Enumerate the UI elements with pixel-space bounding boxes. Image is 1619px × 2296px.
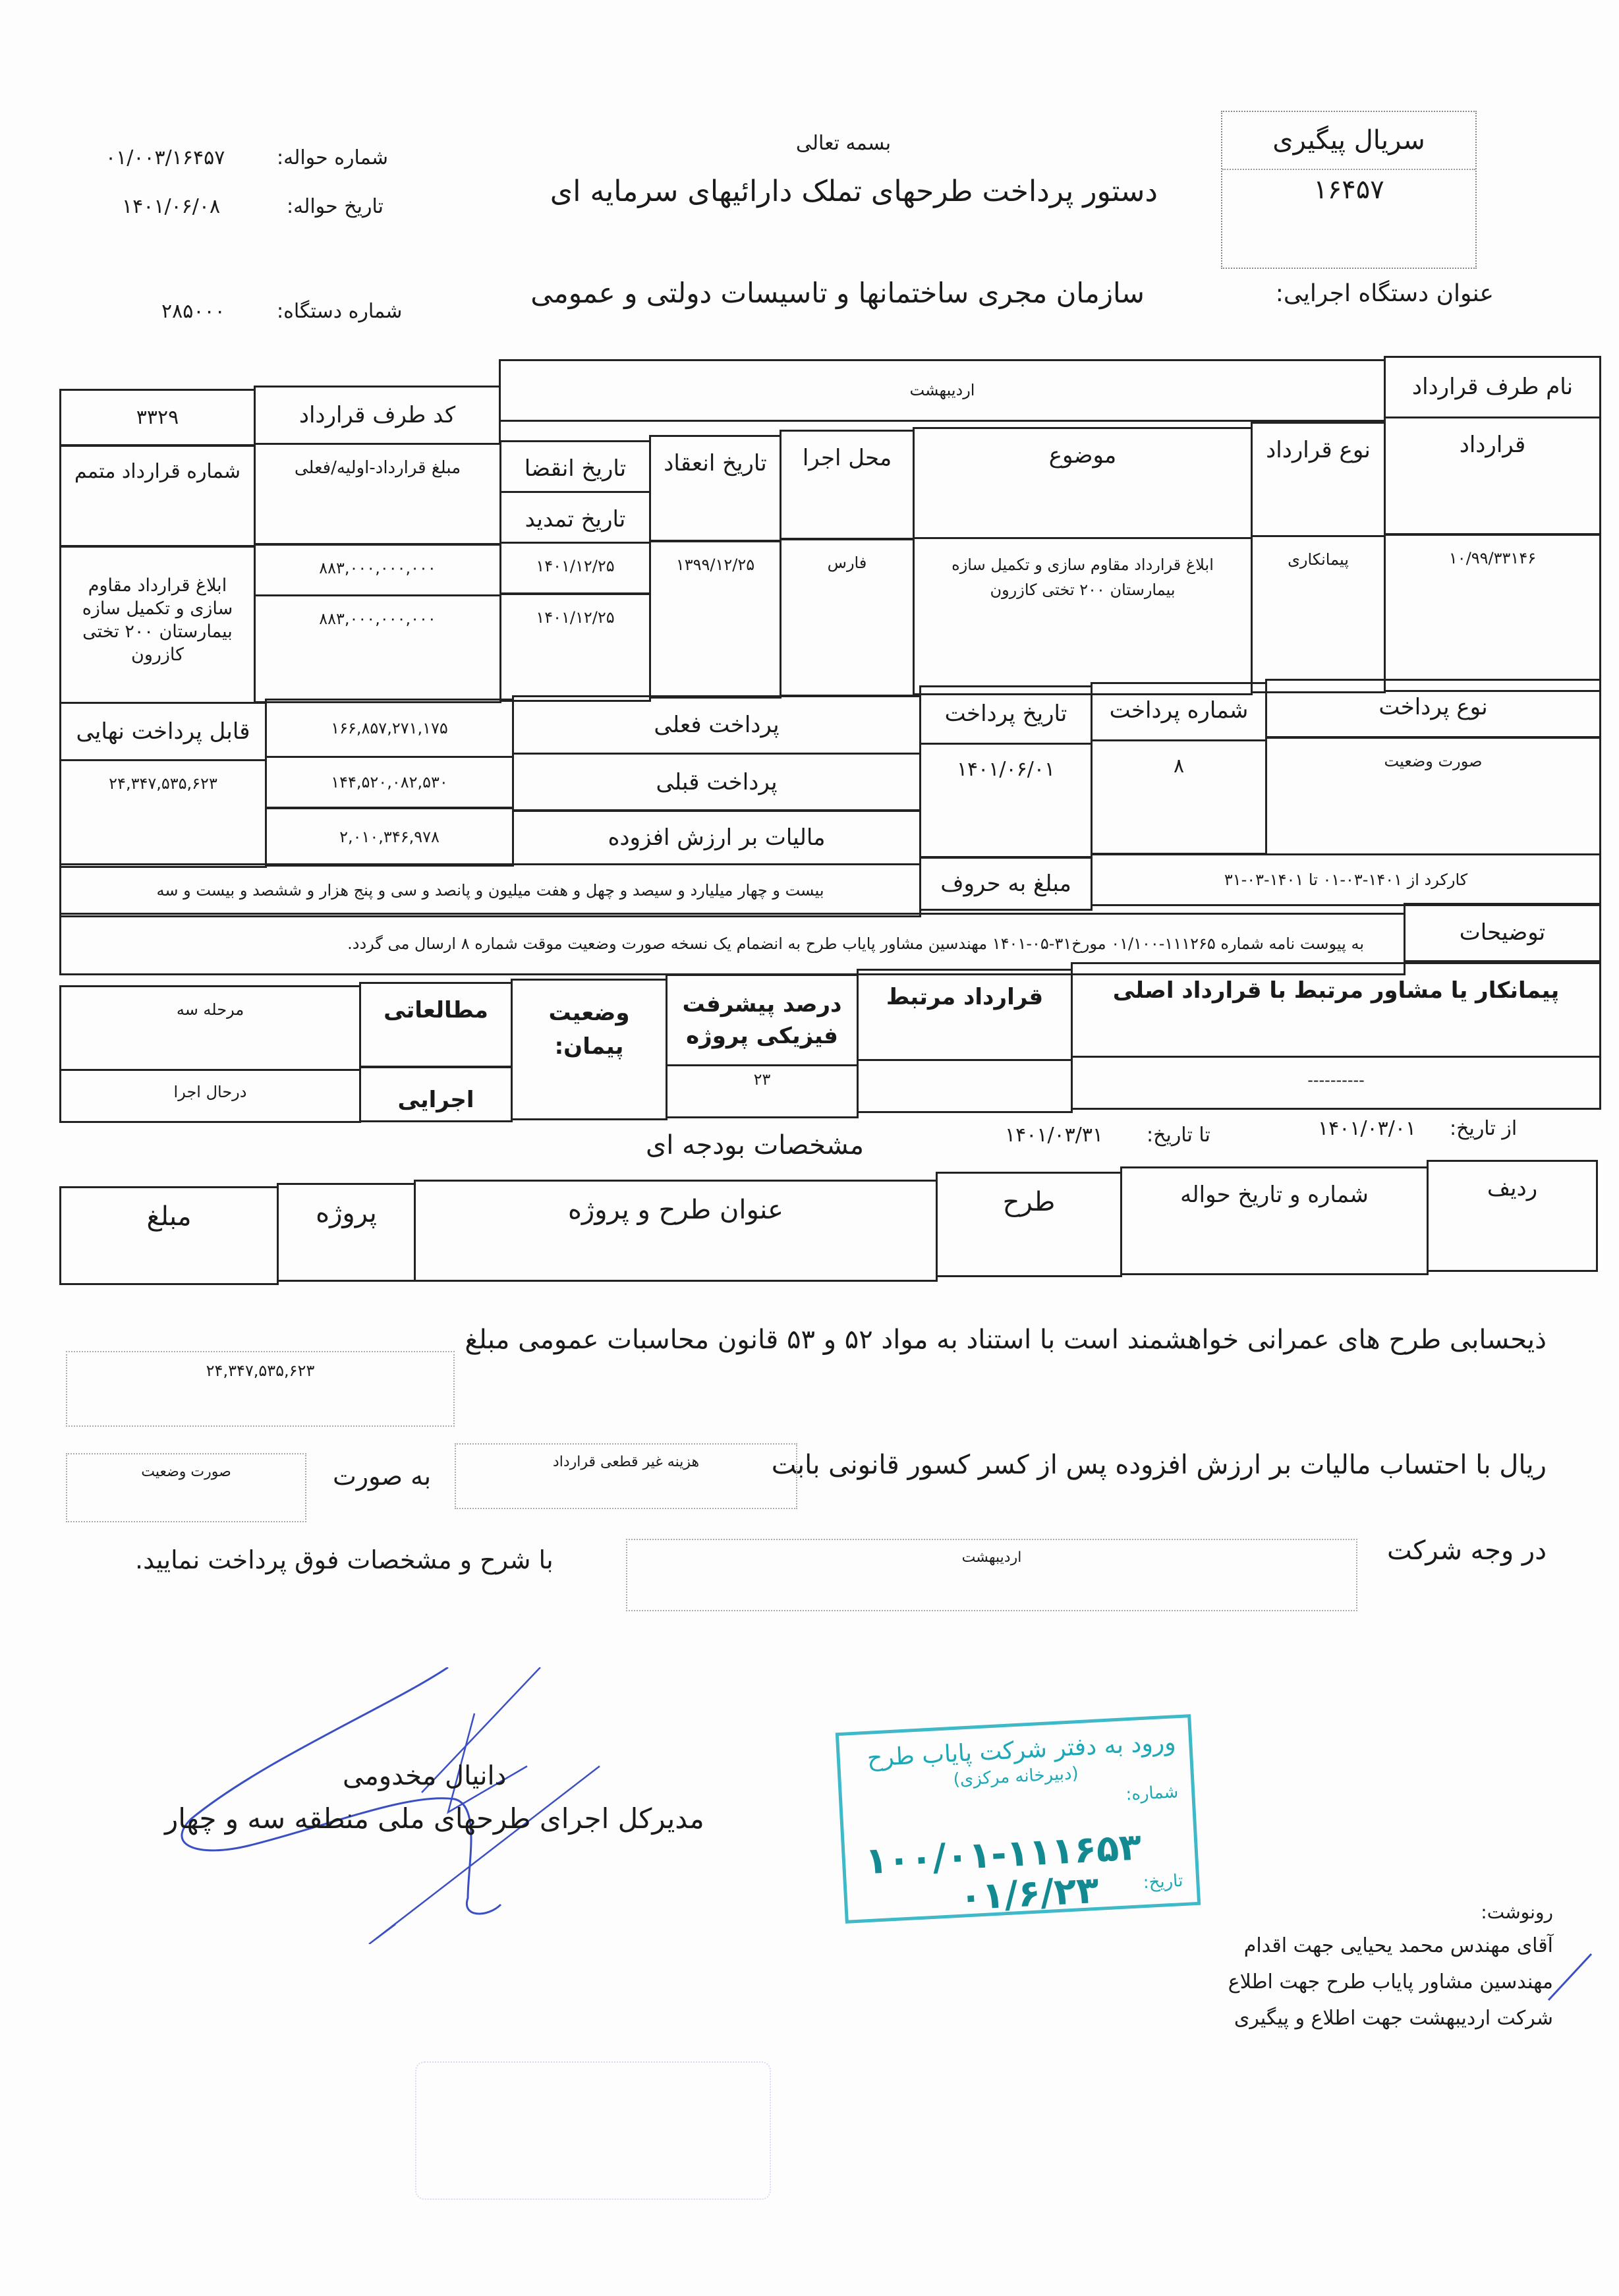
party-code-label: کد طرف قرارداد	[254, 386, 501, 445]
contract-type: پیمانکاری	[1251, 535, 1386, 693]
related-contractor: ----------	[1071, 1056, 1601, 1110]
party-code: ۳۳۲۹	[59, 389, 256, 446]
body-line3-suffix: با شرح و مشخصات فوق پرداخت نمایید.	[135, 1545, 554, 1574]
budget-col-amount: مبلغ	[59, 1186, 279, 1285]
col-subject: موضوع	[913, 427, 1253, 539]
progress-value: ۲۳	[666, 1064, 859, 1118]
to-date: ۱۴۰۱/۰۳/۳۱	[1005, 1124, 1103, 1147]
col-location: محل اجرا	[780, 430, 915, 540]
col-extension-date: تاریخ تمدید	[499, 491, 651, 544]
cc-item-2: مهندسین مشاور پایاب طرح جهت اطلاع	[1228, 1970, 1553, 1994]
reason-box: هزینه غیر قطعی قرارداد	[455, 1443, 797, 1509]
study-value: مرحله سه	[59, 985, 361, 1071]
party-name-label: نام طرف قرارداد	[1384, 356, 1601, 418]
final-payable: ۲۴,۳۴۷,۵۳۵,۶۲۳	[59, 759, 267, 868]
company-box: اردیبهشت	[626, 1539, 1357, 1611]
notes-label: توضیحات	[1404, 903, 1601, 962]
contract-status-label: وضعیت پیمان:	[511, 979, 667, 1120]
as-label: به صورت	[333, 1462, 431, 1491]
stamp-date-label: تاریخ:	[1143, 1871, 1183, 1893]
cc-label: رونوشت:	[1481, 1901, 1553, 1923]
amount-in-words-label: مبلغ به حروف	[919, 857, 1093, 911]
document-title: دستور پرداخت طرحهای تملک دارائیهای سرمای…	[550, 175, 1158, 208]
device-number-label: شماره دستگاه:	[277, 300, 402, 323]
check-mark-icon	[1542, 1951, 1595, 2003]
signer-name: دانیال مخدومی	[343, 1761, 506, 1791]
payment-date: ۱۴۰۱/۰۶/۰۱	[919, 743, 1093, 858]
study-label: مطالعاتی	[359, 982, 513, 1068]
related-contract	[857, 1059, 1073, 1113]
party-name-cell: اردیبهشت	[499, 359, 1386, 422]
col-contract: قرارداد	[1384, 416, 1601, 535]
budget-col-havale: شماره و تاریخ حواله	[1120, 1166, 1429, 1275]
final-payable-label: قابل پرداخت نهایی	[59, 702, 267, 761]
budget-col-project: پروژه	[277, 1183, 416, 1282]
related-contract-label: قرارداد مرتبط	[857, 969, 1073, 1061]
current-payment: ۱۶۶,۸۵۷,۲۷۱,۱۷۵	[265, 699, 514, 758]
havale-date-label: تاریخ حواله:	[287, 195, 383, 218]
previous-payment: ۱۴۴,۵۲۰,۰۸۲,۵۳۰	[265, 756, 514, 809]
agency-label: عنوان دستگاه اجرایی:	[1276, 280, 1494, 307]
device-number: ۲۸۵۰۰۰	[161, 300, 225, 323]
havale-number: ۰۱/۰۰۳/۱۶۴۵۷	[105, 146, 225, 169]
col-expiry-date: تاریخ انقضا	[499, 440, 651, 493]
payment-date-label: تاریخ پرداخت	[919, 685, 1093, 745]
budget-col-row: ردیف	[1427, 1160, 1598, 1272]
budget-title: مشخصات بودجه ای	[646, 1130, 864, 1161]
contract-amount-initial: ۸۸۳,۰۰۰,۰۰۰,۰۰۰	[254, 544, 501, 596]
contract-conclusion-date: ۱۳۹۹/۱۲/۲۵	[649, 540, 781, 699]
col-amount: مبلغ قرارداد-اولیه/فعلی	[254, 443, 501, 545]
related-contractor-label: پیمانکار یا مشاور مرتبط با قرارداد اصلی	[1071, 962, 1601, 1058]
payment-type: صورت وضعیت	[1265, 737, 1601, 855]
from-date: ۱۴۰۱/۰۳/۰۱	[1318, 1117, 1416, 1140]
contract-subject: ابلاغ قرارداد مقاوم سازی و تکمیل سازه بی…	[913, 537, 1253, 695]
faded-bleedthrough	[415, 2061, 771, 2200]
contract-location: فارس	[780, 538, 915, 697]
contract-number: ۱۰/۹۹/۳۳۱۴۶	[1384, 534, 1601, 692]
execution-label: اجرایی	[359, 1066, 513, 1122]
current-payment-label: پرداخت فعلی	[512, 695, 921, 755]
vat-label: مالیات بر ارزش افزوده	[512, 809, 921, 865]
payment-number-label: شماره پرداخت	[1091, 682, 1267, 741]
serial-value: ۱۶۴۵۷	[1222, 170, 1475, 210]
col-contract-type: نوع قرارداد	[1251, 422, 1386, 537]
progress-label: درصد پیشرفت فیزیکی پروژه	[666, 974, 859, 1066]
payment-type-label: نوع پرداخت	[1265, 679, 1601, 738]
havale-number-label: شماره حواله:	[277, 146, 388, 169]
bismillah: بسمه تعالی	[745, 132, 942, 155]
payment-number: ۸	[1091, 739, 1267, 855]
work-period: کارکرد از ۱۴۰۱-۰۳-۰۱ تا ۱۴۰۱-۰۳-۳۱	[1091, 853, 1601, 906]
as-value-box: صورت وضعیت	[66, 1453, 306, 1522]
agency-name: سازمان مجری ساختمانها و تاسیسات دولتی و …	[530, 277, 1145, 309]
receipt-stamp: ورود به دفتر شرکت پایاب طرح (دبیرخانه مر…	[836, 1714, 1201, 1924]
contract-extension-date: ۱۴۰۱/۱۲/۲۵	[499, 593, 651, 702]
signer-title: مدیرکل اجرای طرحهای ملی منطقه سه و چهار	[165, 1802, 704, 1835]
budget-col-title: عنوان طرح و پروژه	[414, 1180, 938, 1282]
cc-item-1: آقای مهندس محمد یحیایی جهت اقدام	[1244, 1934, 1553, 1957]
serial-label: سریال پیگیری	[1222, 112, 1475, 170]
execution-value: درحال اجرا	[59, 1069, 361, 1123]
to-date-label: تا تاریخ:	[1147, 1124, 1210, 1147]
cc-item-3: شرکت اردیبهشت جهت اطلاع و پیگیری	[1234, 2007, 1553, 2030]
body-line2: ریال با احتساب مالیات بر ارزش افزوده پس …	[772, 1450, 1547, 1480]
amount-in-words: بیست و چهار میلیارد و سیصد و چهل و هفت م…	[59, 863, 921, 917]
serial-box: سریال پیگیری ۱۶۴۵۷	[1221, 111, 1477, 269]
contract-supplement: ابلاغ قرارداد مقاوم سازی و تکمیل سازه بی…	[59, 546, 256, 704]
contract-expiry-date: ۱۴۰۱/۱۲/۲۵	[499, 542, 651, 594]
body-line1: ذیحسابی طرح های عمرانی خواهشمند است با ا…	[465, 1325, 1547, 1355]
amount-box: ۲۴,۳۴۷,۵۳۵,۶۲۳	[66, 1351, 455, 1427]
budget-col-plan: طرح	[936, 1172, 1122, 1277]
stamp-date: ۰۱/۶/۲۳	[958, 1869, 1100, 1919]
from-date-label: از تاریخ:	[1450, 1117, 1517, 1140]
body-line3-prefix: در وجه شرکت	[1387, 1535, 1547, 1566]
col-conclusion-date: تاریخ انعقاد	[649, 435, 781, 542]
havale-date: ۱۴۰۱/۰۶/۰۸	[122, 195, 220, 218]
previous-payment-label: پرداخت قبلی	[512, 753, 921, 812]
contract-amount-current: ۸۸۳,۰۰۰,۰۰۰,۰۰۰	[254, 594, 501, 703]
col-supplement: شماره قرارداد متمم	[59, 445, 256, 547]
vat-amount: ۲,۰۱۰,۳۴۶,۹۷۸	[265, 807, 514, 867]
